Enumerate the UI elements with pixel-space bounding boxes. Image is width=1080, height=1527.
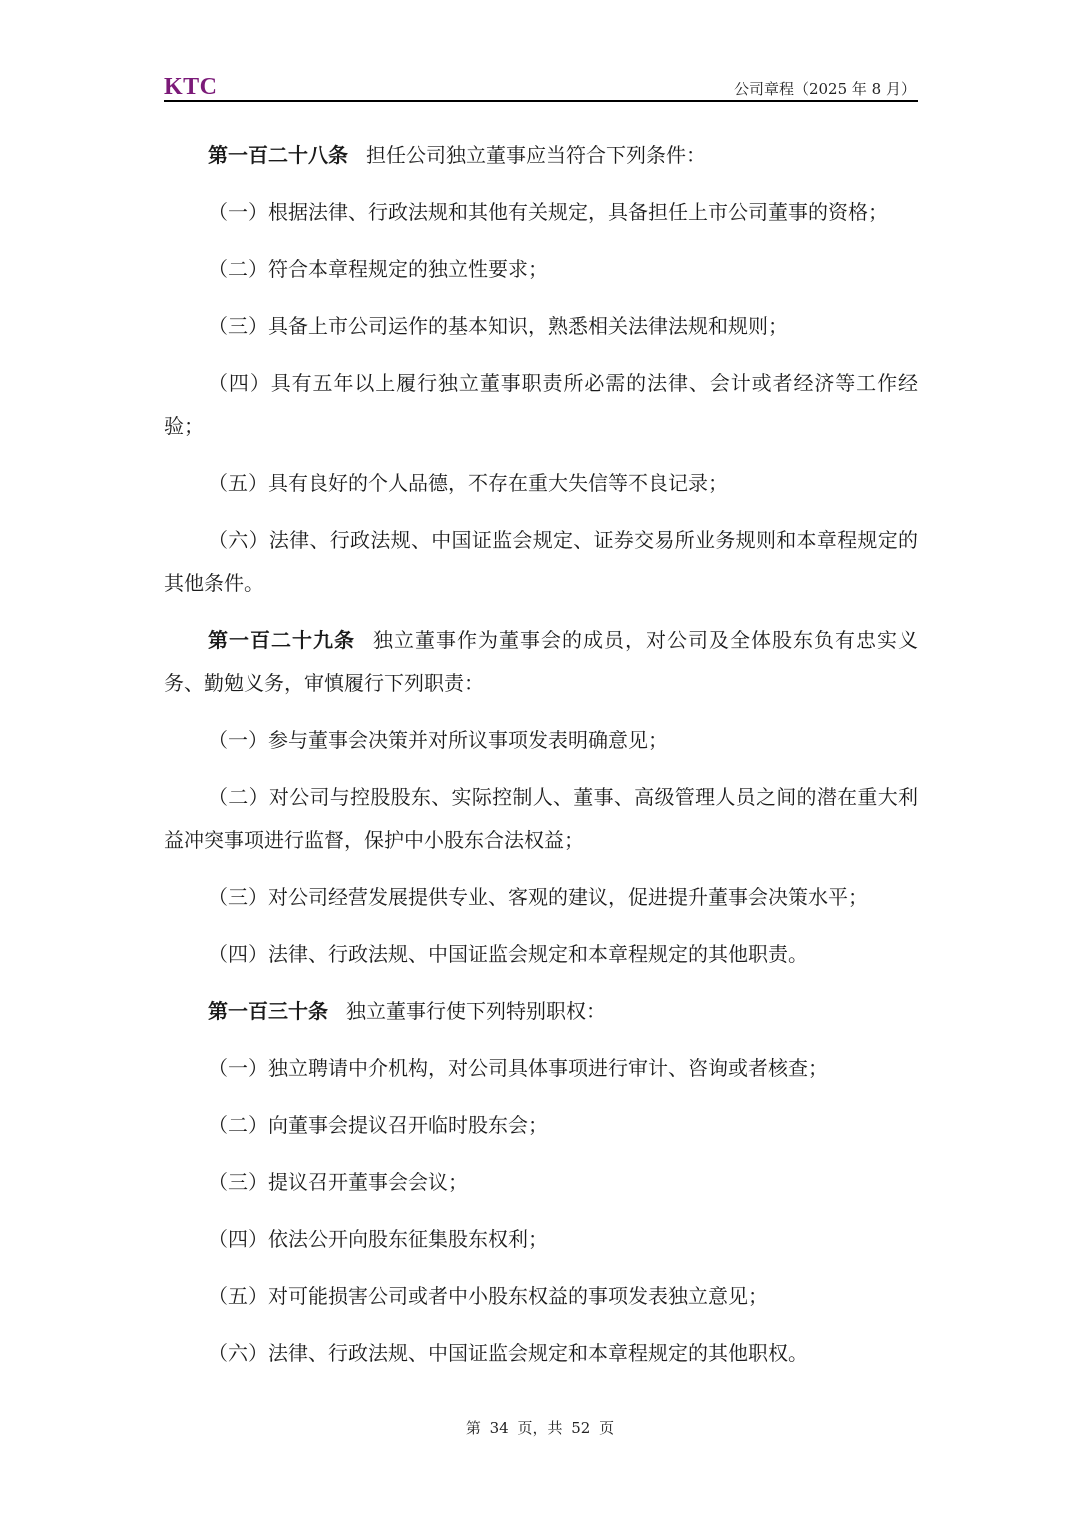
page-number-footer: 第 34 页，共 52 页 [0, 1417, 1080, 1438]
article-text: 担任公司独立董事应当符合下列条件： [366, 143, 706, 167]
list-item: （四）具有五年以上履行独立董事职责所必需的法律、会计或者经济等工作经验； [164, 362, 918, 448]
list-item: （一）独立聘请中介机构，对公司具体事项进行审计、咨询或者核查； [164, 1047, 918, 1090]
page-header: KTC 公司章程（2025 年 8 月） [164, 72, 918, 102]
list-item: （五）对可能损害公司或者中小股东权益的事项发表独立意见； [164, 1275, 918, 1318]
list-item: （一）根据法律、行政法规和其他有关规定，具备担任上市公司董事的资格； [164, 191, 918, 234]
list-item: （一）参与董事会决策并对所议事项发表明确意见； [164, 719, 918, 762]
list-item: （四）依法公开向股东征集股东权利； [164, 1218, 918, 1261]
list-item: （二）向董事会提议召开临时股东会； [164, 1104, 918, 1147]
list-item: （六）法律、行政法规、中国证监会规定、证券交易所业务规则和本章程规定的其他条件。 [164, 519, 918, 605]
list-item: （五）具有良好的个人品德，不存在重大失信等不良记录； [164, 462, 918, 505]
list-item: （六）法律、行政法规、中国证监会规定和本章程规定的其他职权。 [164, 1332, 918, 1375]
list-item: （三）具备上市公司运作的基本知识，熟悉相关法律法规和规则； [164, 305, 918, 348]
list-item: （二）对公司与控股股东、实际控制人、董事、高级管理人员之间的潜在重大利益冲突事项… [164, 776, 918, 862]
document-body: 第一百二十八条担任公司独立董事应当符合下列条件： （一）根据法律、行政法规和其他… [164, 134, 918, 1389]
article-number: 第一百二十九条 [208, 628, 355, 652]
list-item: （三）提议召开董事会会议； [164, 1161, 918, 1204]
article-number: 第一百三十条 [208, 999, 328, 1023]
list-item: （三）对公司经营发展提供专业、客观的建议，促进提升董事会决策水平； [164, 876, 918, 919]
list-item: （二）符合本章程规定的独立性要求； [164, 248, 918, 291]
article-number: 第一百二十八条 [208, 143, 348, 167]
document-title: 公司章程（2025 年 8 月） [734, 78, 916, 99]
article-text: 独立董事行使下列特别职权： [346, 999, 606, 1023]
list-item: （四）法律、行政法规、中国证监会规定和本章程规定的其他职责。 [164, 933, 918, 976]
company-logo: KTC [164, 74, 218, 101]
article-129: 第一百二十九条独立董事作为董事会的成员，对公司及全体股东负有忠实义务、勤勉义务，… [164, 619, 918, 705]
article-128: 第一百二十八条担任公司独立董事应当符合下列条件： [164, 134, 918, 177]
article-130: 第一百三十条独立董事行使下列特别职权： [164, 990, 918, 1033]
